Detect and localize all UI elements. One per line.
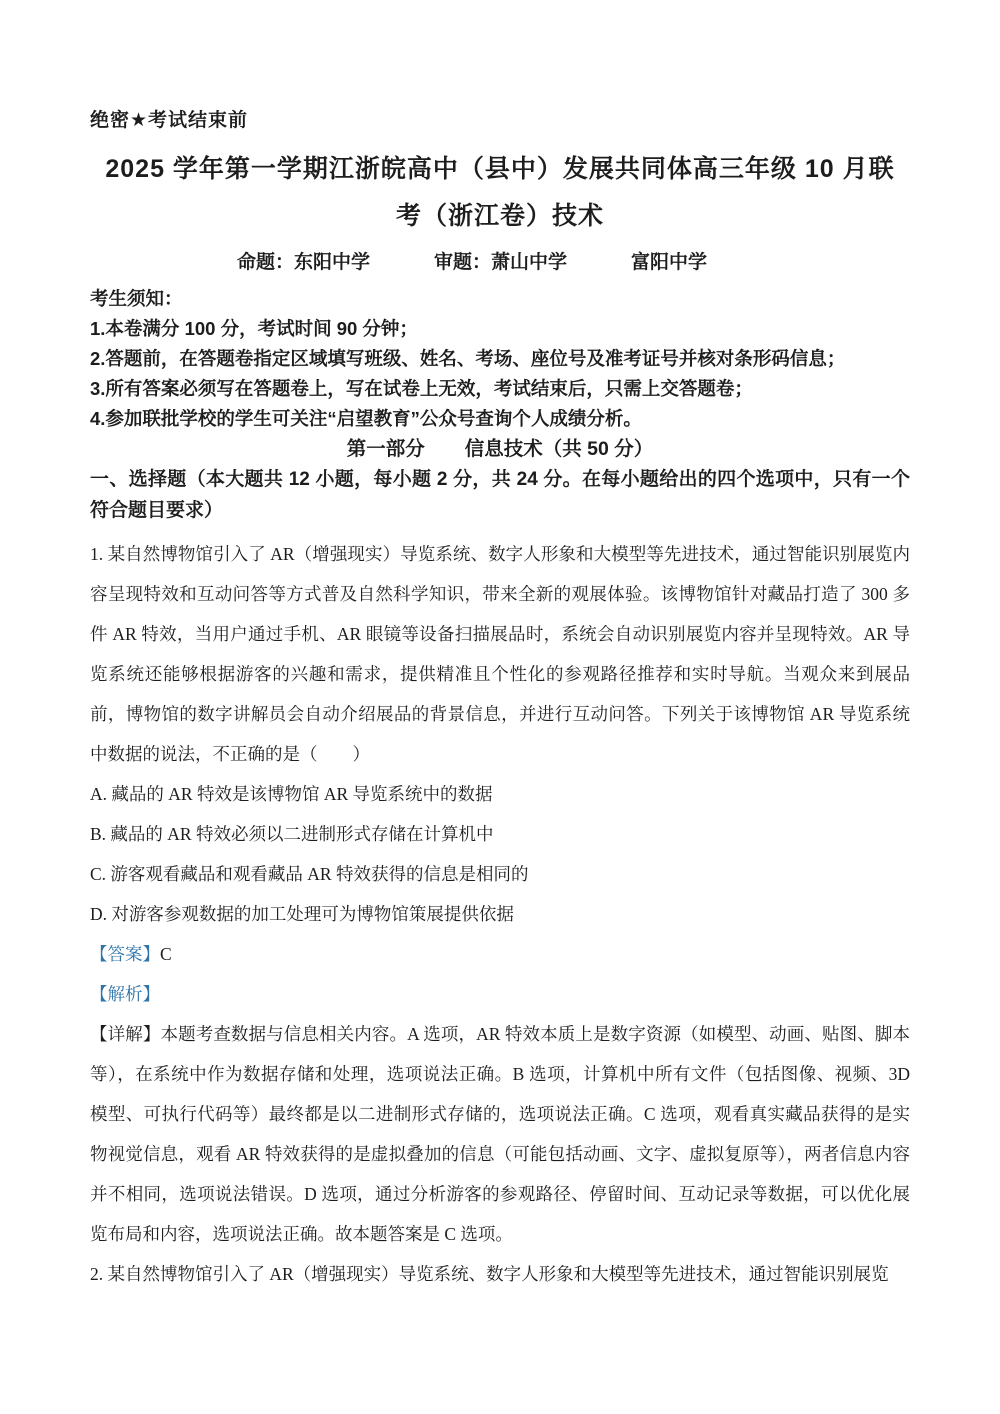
reviewer-school: 审题：萧山中学 [434,250,567,276]
question-2-stem: 2. 某自然博物馆引入了 AR（增强现实）导览系统、数字人形象和大模型等先进技术… [90,1254,910,1294]
part-heading: 第一部分信息技术（共 50 分） [90,434,910,464]
page-content: 绝密★考试结束前 2025 学年第一学期江浙皖高中（县中）发展共同体高三年级 1… [0,0,1000,1294]
question-1-option-d: D. 对游客参观数据的加工处理可为博物馆策展提供依据 [90,894,910,934]
committee-row: 命题：东阳中学 审题：萧山中学 富阳中学 [237,250,910,276]
answer-label: 【答案】 [90,944,160,964]
part-heading-right: 信息技术（共 50 分） [465,438,654,460]
answer-value: C [160,944,172,964]
exam-title-line-2: 考（浙江卷）技术 [90,193,910,240]
candidate-notice: 考生须知： 1.本卷满分 100 分，考试时间 90 分钟； 2.答题前，在答题… [90,284,910,526]
classification-banner: 绝密★考试结束前 [90,105,910,132]
analysis-row: 【解析】 [90,974,910,1014]
notice-item-4: 4.参加联批学校的学生可关注“启望教育”公众号查询个人成绩分析。 [90,404,910,434]
notice-item-1: 1.本卷满分 100 分，考试时间 90 分钟； [90,314,910,344]
question-1-stem: 1. 某自然博物馆引入了 AR（增强现实）导览系统、数字人形象和大模型等先进技术… [90,534,910,774]
exam-title: 2025 学年第一学期江浙皖高中（县中）发展共同体高三年级 10 月联 考（浙江… [90,146,910,240]
detail-paragraph: 【详解】本题考查数据与信息相关内容。A 选项，AR 特效本质上是数字资源（如模型… [90,1014,910,1254]
section-heading-multiple-choice: 一、选择题（本大题共 12 小题，每小题 2 分，共 24 分。在每小题给出的四… [90,464,910,526]
proposer-school: 命题：东阳中学 [237,250,370,276]
question-1-option-b: B. 藏品的 AR 特效必须以二进制形式存储在计算机中 [90,814,910,854]
part-heading-left: 第一部分 [347,438,425,460]
question-block: 1. 某自然博物馆引入了 AR（增强现实）导览系统、数字人形象和大模型等先进技术… [90,534,910,1294]
exam-paper-page: 绝密★考试结束前 2025 学年第一学期江浙皖高中（县中）发展共同体高三年级 1… [0,0,1000,1414]
notice-item-3: 3.所有答案必须写在答题卷上，写在试卷上无效，考试结束后，只需上交答题卷； [90,374,910,404]
answer-row: 【答案】C [90,934,910,974]
detail-label: 【详解】 [90,1024,160,1044]
reviewer-school-2: 富阳中学 [631,250,707,276]
exam-title-line-1: 2025 学年第一学期江浙皖高中（县中）发展共同体高三年级 10 月联 [90,146,910,193]
question-1-option-a: A. 藏品的 AR 特效是该博物馆 AR 导览系统中的数据 [90,774,910,814]
analysis-label: 【解析】 [90,984,160,1004]
notice-heading: 考生须知： [90,284,910,314]
question-1-option-c: C. 游客观看藏品和观看藏品 AR 特效获得的信息是相同的 [90,854,910,894]
detail-text: 本题考查数据与信息相关内容。A 选项，AR 特效本质上是数字资源（如模型、动画、… [90,1024,910,1244]
notice-item-2: 2.答题前，在答题卷指定区域填写班级、姓名、考场、座位号及准考证号并核对条形码信… [90,344,910,374]
